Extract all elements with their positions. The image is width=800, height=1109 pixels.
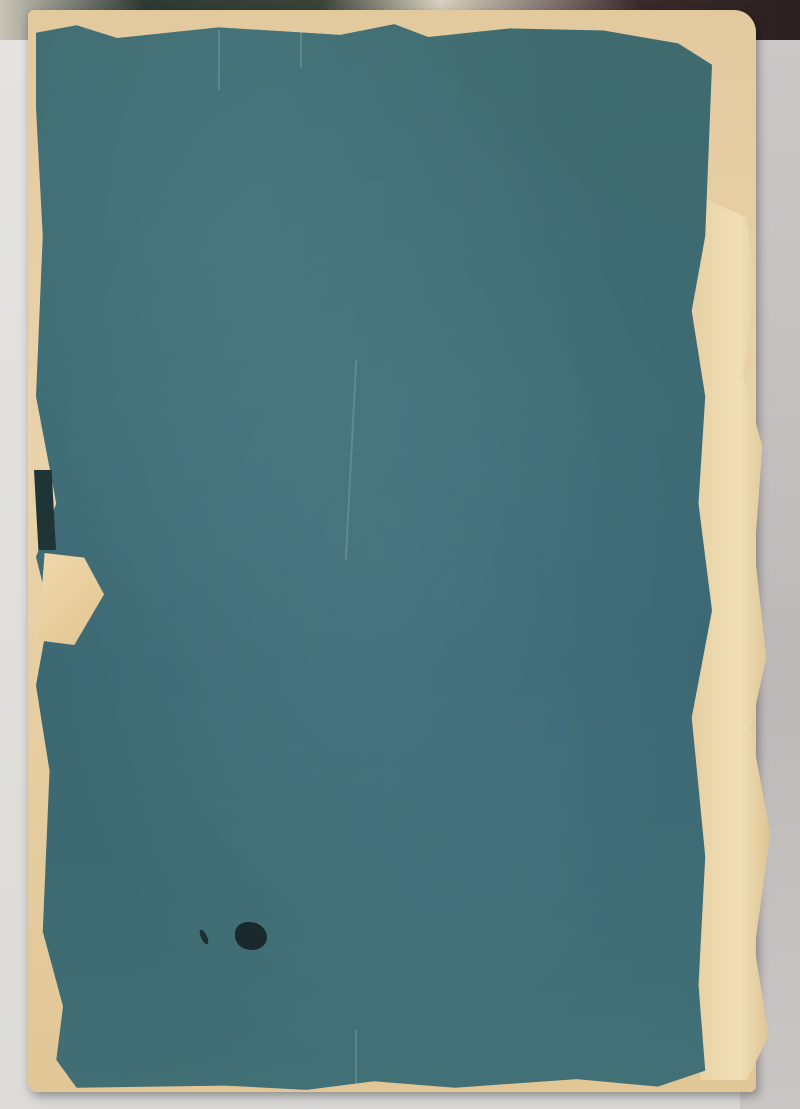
blue-green-cover	[36, 22, 712, 1092]
crease	[300, 28, 302, 68]
crease	[355, 1030, 357, 1090]
ink-blot	[235, 922, 267, 950]
crease	[218, 30, 220, 90]
